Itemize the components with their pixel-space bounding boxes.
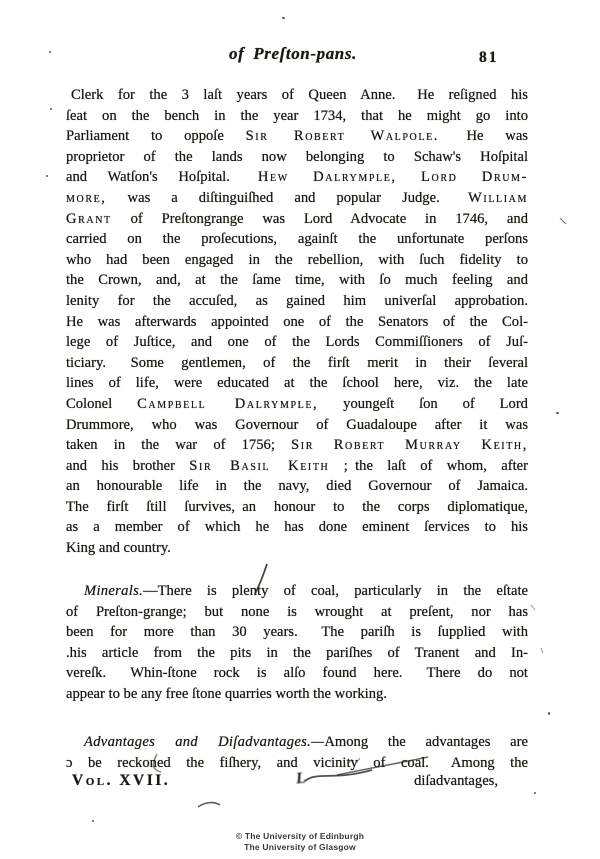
text-line: the Crown, and, at the ſame time, with ſ… xyxy=(66,270,528,291)
text-line: Colonel Campbell Dalrymple, youngeſt ſon… xyxy=(66,394,528,415)
minerals-paragraph: Minerals.—There is plenty of coal, parti… xyxy=(66,581,528,705)
text-line: taken in the war of 1756; Sir Robert Mur… xyxy=(66,435,528,456)
text-line: vereſk. Whin-ſtone rock is alſo found he… xyxy=(66,663,528,684)
text-line: Minerals.—There is plenty of coal, parti… xyxy=(66,581,528,602)
text-line: Drummore, who was Governour of Guadaloup… xyxy=(66,415,528,436)
library-stamp-line1: © The University of Edinburgh xyxy=(0,831,600,842)
scan-speck xyxy=(50,108,52,110)
scan-speck xyxy=(534,792,536,794)
text-line: He was afterwards appointed one of the S… xyxy=(66,312,528,333)
scan-speck xyxy=(49,51,51,53)
text-line: more, was a diſtinguiſhed and popular Ju… xyxy=(66,188,528,209)
text-line: an honourable life in the navy, died Gov… xyxy=(66,476,528,497)
library-stamp: © The University of Edinburgh The Univer… xyxy=(0,831,600,853)
text-line: Parliament to oppoſe Sir Robert Walpole.… xyxy=(66,126,528,147)
signature-mark: L xyxy=(295,770,307,789)
text-line: proprietor of the lands now belonging to… xyxy=(66,147,528,168)
catchword: diſadvantages, xyxy=(414,773,498,790)
opening-paragraph: Clerk for the 3 laſt years of Queen Anne… xyxy=(66,85,528,559)
text-line: carried on the proſecutions, againſt the… xyxy=(66,229,528,250)
scan-speck xyxy=(556,412,559,414)
text-line: ticiary. Some gentlemen, of the firſt me… xyxy=(66,353,528,374)
pen-stroke-bottom xyxy=(198,803,220,807)
library-stamp-line2: The University of Glasgow xyxy=(0,842,600,853)
text-line: and his brother Sir Basil Keith ; the la… xyxy=(66,456,528,477)
text-line: Grant of Preſtongrange was Lord Advocate… xyxy=(66,209,528,230)
text-line: ſeat on the bench in the year 1734, that… xyxy=(66,106,528,127)
volume-label: Vol. XVII. xyxy=(72,772,170,790)
text-line: been for more than 30 years. The pariſh … xyxy=(66,622,528,643)
scan-speck xyxy=(548,712,550,715)
book-page: of Preſton-pans. 81 Clerk for the 3 laſt… xyxy=(0,0,600,859)
text-line: appear to be any free ſtone quarries wor… xyxy=(66,684,528,705)
advantages-paragraph: Advantages and Diſadvantages.—Among the … xyxy=(66,732,528,773)
text-line: and Watſon's Hoſpital. Hew Dalrymple, Lo… xyxy=(66,167,528,188)
text-line: The firſt ſtill ſurvives, an honour to t… xyxy=(66,497,528,518)
scan-speck xyxy=(282,17,285,19)
text-line: King and country. xyxy=(66,538,528,559)
text-line: .his article from the pits in the pariſh… xyxy=(66,643,528,664)
text-line: as a member of which he has done eminent… xyxy=(66,517,528,538)
text-line: Advantages and Diſadvantages.—Among the … xyxy=(66,732,528,753)
margin-specks xyxy=(531,605,543,653)
margin-mark xyxy=(560,218,566,224)
text-line: lines of life, were educated at the ſcho… xyxy=(66,373,528,394)
text-line: lege of Juſtice, and one of the Lords Co… xyxy=(66,332,528,353)
text-line: Clerk for the 3 laſt years of Queen Anne… xyxy=(66,85,528,106)
page-number: 81 xyxy=(479,49,499,67)
scan-speck xyxy=(46,175,48,177)
scan-speck xyxy=(92,820,94,822)
text-line: who had been engaged in the rebellion, w… xyxy=(66,250,528,271)
text-line: lenity for the accuſed, as gained him un… xyxy=(66,291,528,312)
text-line: of Preſton-grange; but none is wrought a… xyxy=(66,602,528,623)
